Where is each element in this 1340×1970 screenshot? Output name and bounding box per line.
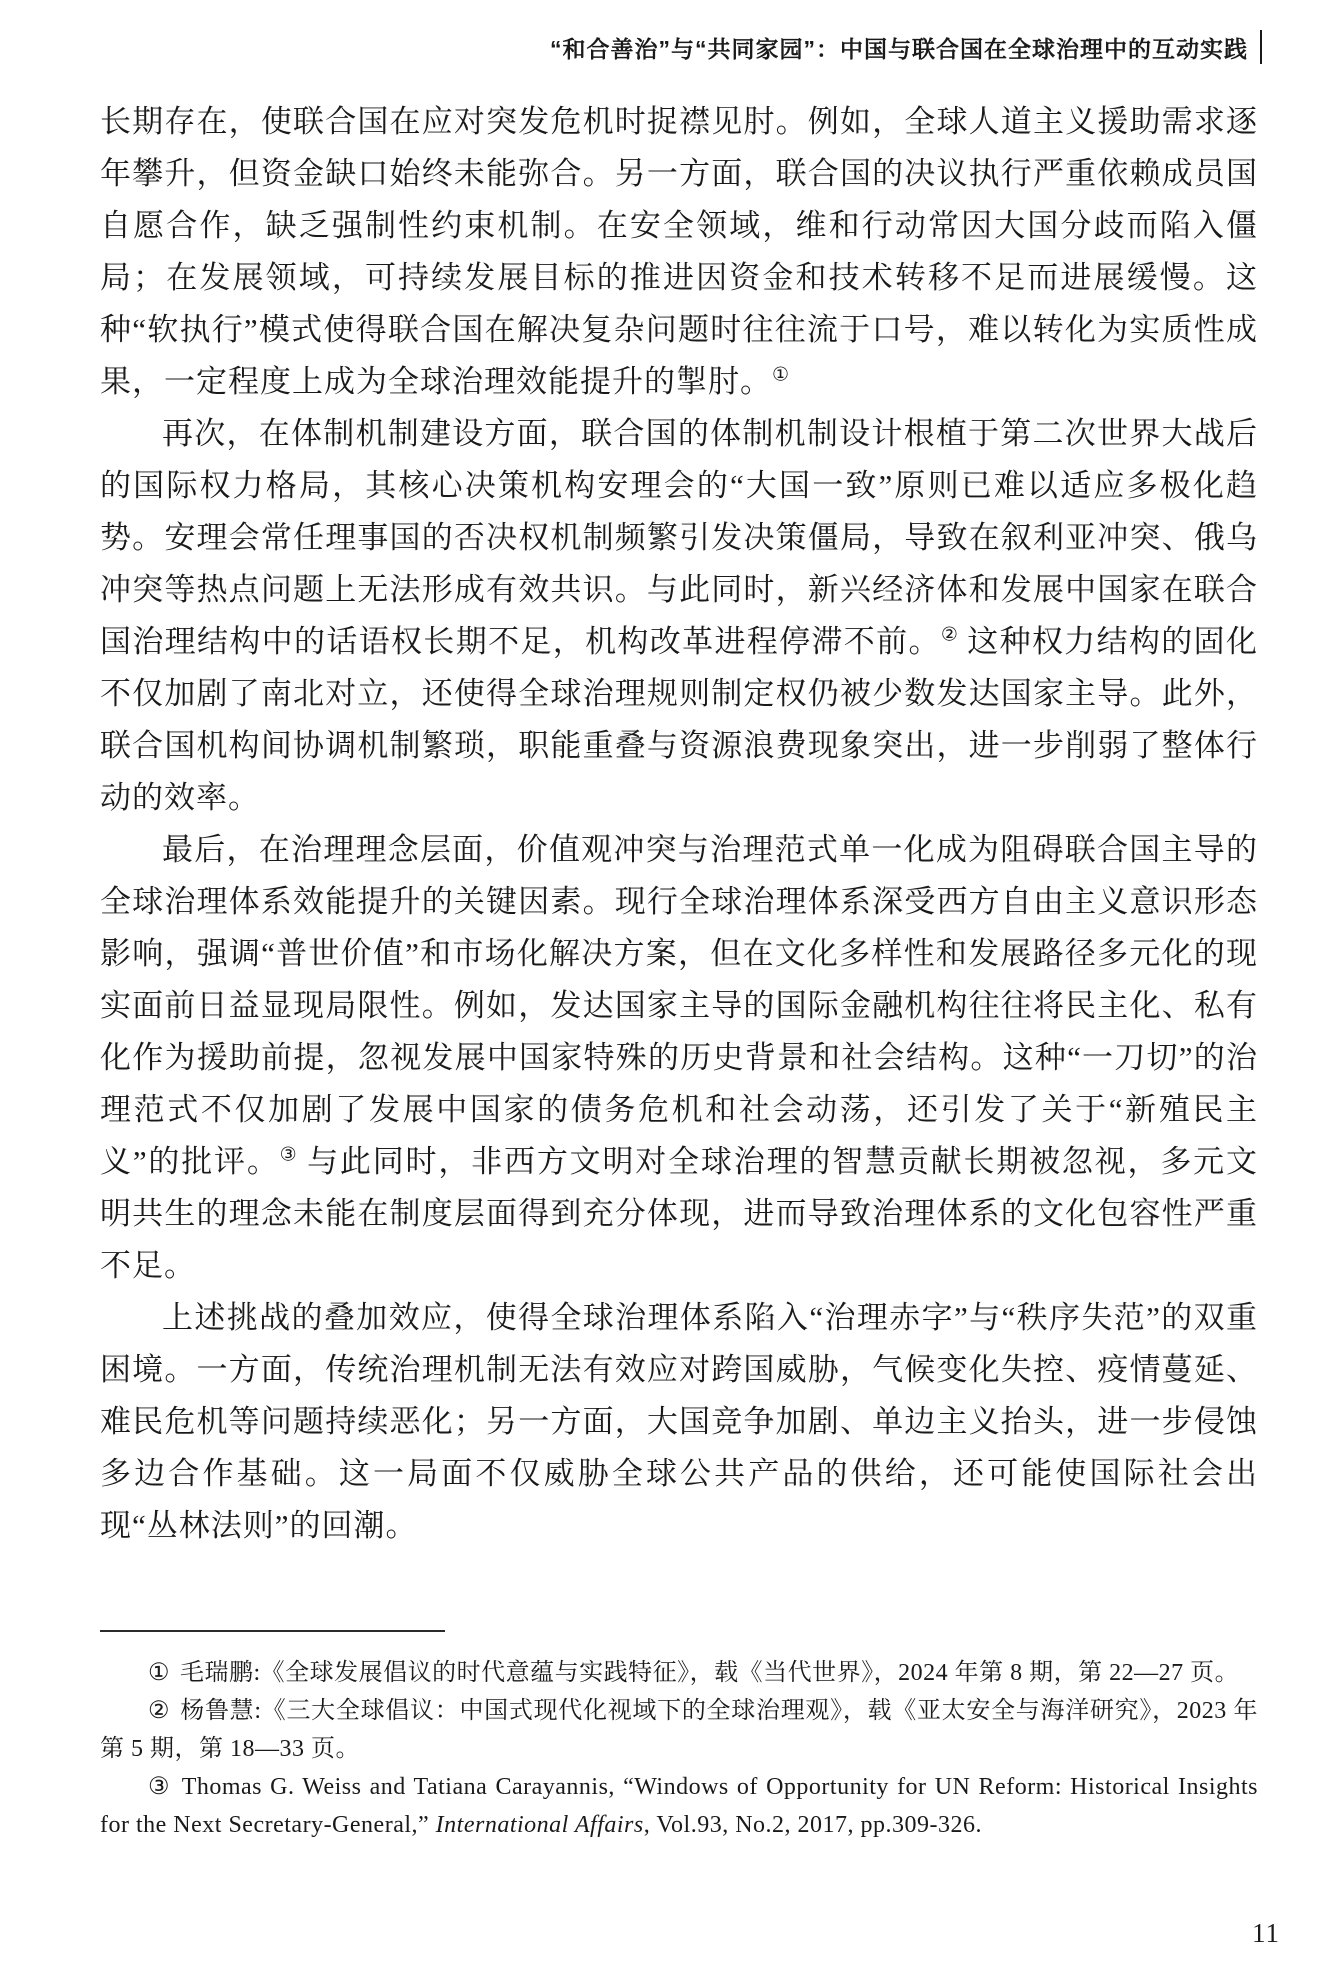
footnote-marker: ② (148, 1698, 170, 1724)
running-header: “和合善治”与“共同家园”：中国与联合国在全球治理中的互动实践 (550, 30, 1262, 64)
text-run: 再次，在体制机制建设方面，联合国的体制机制设计根植于第二次世界大战后的国际权力格… (100, 416, 1258, 659)
footnote-reference: ③ (280, 1145, 298, 1166)
document-page: “和合善治”与“共同家园”：中国与联合国在全球治理中的互动实践 长期存在，使联合… (0, 0, 1340, 1970)
footnote-list: ①毛瑞鹏:《全球发展倡议的时代意蕴与实践特征》，载《当代世界》，2024 年第 … (100, 1654, 1258, 1844)
footnote-marker: ① (148, 1660, 170, 1686)
footnote-reference: ① (772, 365, 789, 386)
text-run: 长期存在，使联合国在应对突发危机时捉襟见肘。例如，全球人道主义援助需求逐年攀升，… (100, 104, 1258, 399)
footnote-reference: ② (941, 625, 958, 646)
text-run: 上述挑战的叠加效应，使得全球治理体系陷入“治理赤字”与“秩序失范”的双重困境。一… (100, 1300, 1258, 1543)
running-header-title: “和合善治”与“共同家园”：中国与联合国在全球治理中的互动实践 (550, 31, 1248, 64)
paragraph: 再次，在体制机制建设方面，联合国的体制机制设计根植于第二次世界大战后的国际权力格… (100, 408, 1258, 824)
body-text: 长期存在，使联合国在应对突发危机时捉襟见肘。例如，全球人道主义援助需求逐年攀升，… (100, 96, 1258, 1552)
text-run: 毛瑞鹏:《全球发展倡议的时代意蕴与实践特征》，载《当代世界》，2024 年第 8… (180, 1660, 1239, 1686)
footnote: ①毛瑞鹏:《全球发展倡议的时代意蕴与实践特征》，载《当代世界》，2024 年第 … (100, 1654, 1258, 1692)
text-run: 最后，在治理理念层面，价值观冲突与治理范式单一化成为阻碍联合国主导的全球治理体系… (100, 832, 1258, 1179)
header-vertical-rule (1260, 30, 1262, 64)
footnote: ②杨鲁慧:《三大全球倡议：中国式现代化视域下的全球治理观》，载《亚太安全与海洋研… (100, 1692, 1258, 1768)
italic-text: International Affairs (436, 1812, 644, 1838)
paragraph: 上述挑战的叠加效应，使得全球治理体系陷入“治理赤字”与“秩序失范”的双重困境。一… (100, 1292, 1258, 1552)
text-run: , Vol.93, No.2, 2017, pp.309-326. (644, 1812, 982, 1838)
footnote-area: ①毛瑞鹏:《全球发展倡议的时代意蕴与实践特征》，载《当代世界》，2024 年第 … (100, 1630, 1258, 1844)
paragraph: 长期存在，使联合国在应对突发危机时捉襟见肘。例如，全球人道主义援助需求逐年攀升，… (100, 96, 1258, 408)
text-run: 杨鲁慧:《三大全球倡议：中国式现代化视域下的全球治理观》，载《亚太安全与海洋研究… (100, 1698, 1258, 1762)
page-number: 11 (1252, 1918, 1280, 1949)
paragraph: 最后，在治理理念层面，价值观冲突与治理范式单一化成为阻碍联合国主导的全球治理体系… (100, 824, 1258, 1292)
footnote: ③Thomas G. Weiss and Tatiana Carayannis,… (100, 1768, 1258, 1844)
footnote-separator-rule (100, 1630, 445, 1632)
footnote-marker: ③ (148, 1774, 172, 1800)
